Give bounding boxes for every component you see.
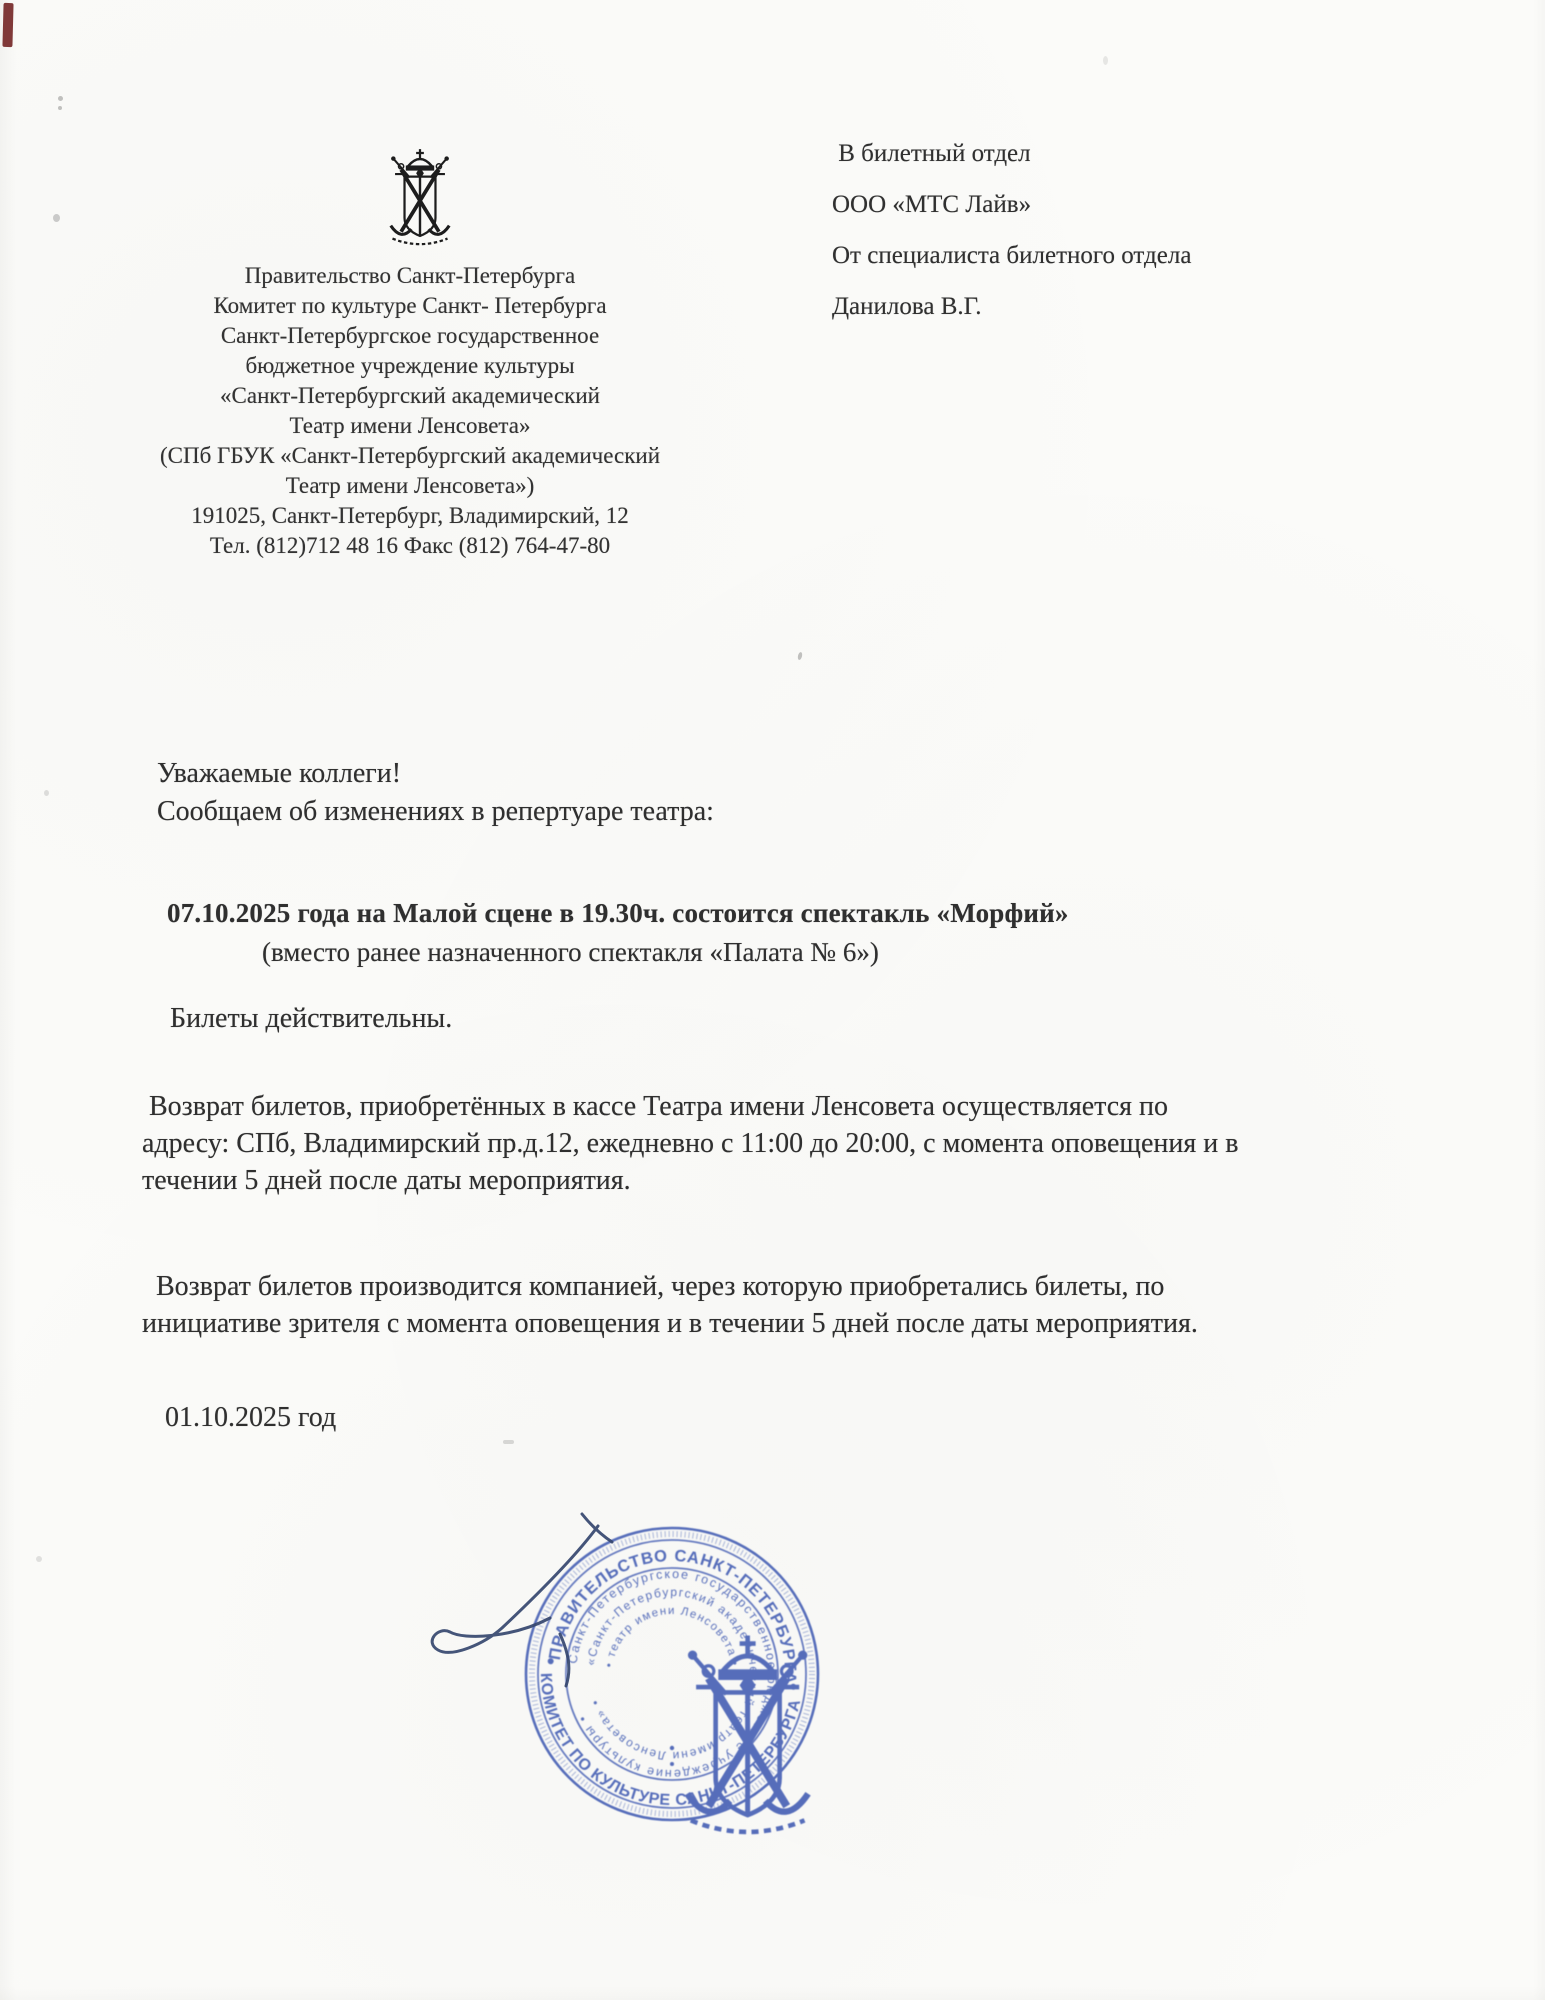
refund-cashdesk-paragraph: Возврат билетов, приобретённых в кассе Т…: [142, 1088, 1502, 1199]
letter-date: 01.10.2025 год: [165, 1402, 336, 1434]
scan-artifact: [58, 106, 62, 110]
scan-artifact: [503, 1440, 514, 1444]
letterhead-line: Тел. (812)712 48 16 Факс (812) 764-47-80: [140, 531, 680, 561]
refund-company-paragraph: Возврат билетов производится компанией, …: [142, 1268, 1502, 1342]
recipient-block: В билетный отдел ООО «МТС Лайв» От специ…: [832, 140, 1191, 344]
scanned-letter-page: Правительство Санкт-Петербурга Комитет п…: [0, 0, 1545, 2000]
scan-artifact: [58, 96, 63, 101]
scan-artifact: [1103, 56, 1108, 65]
letterhead-line: Правительство Санкт-Петербурга: [140, 261, 680, 291]
announcement-line: 07.10.2025 года на Малой сцене в 19.30ч.…: [167, 898, 1069, 929]
scan-artifact: [36, 1556, 42, 1562]
announcement-note: (вместо ранее назначенного спектакля «Па…: [262, 937, 879, 968]
recipient-line: Данилова В.Г.: [832, 293, 1191, 325]
letterhead-line: Театр имени Ленсовета»: [140, 411, 680, 441]
signature: [380, 1490, 640, 1710]
city-emblem-icon: [377, 146, 463, 252]
letterhead-line: бюджетное учреждение культуры: [140, 351, 680, 381]
letterhead-line: Театр имени Ленсовета»): [140, 471, 680, 501]
recipient-line: От специалиста билетного отдела: [832, 242, 1191, 274]
recipient-line: ООО «МТС Лайв»: [832, 191, 1191, 223]
stamp-center-dot: [670, 1762, 674, 1766]
letterhead-line: 191025, Санкт-Петербург, Владимирский, 1…: [140, 501, 680, 531]
letterhead-line: (СПб ГБУК «Санкт-Петербургский академиче…: [140, 441, 680, 471]
tickets-valid-line: Билеты действительны.: [170, 1003, 452, 1035]
letterhead-line: Комитет по культуре Санкт- Петербурга: [140, 291, 680, 321]
corner-scan-mark: [2, 3, 13, 47]
scan-artifact: [797, 652, 803, 661]
letterhead: Правительство Санкт-Петербурга Комитет п…: [140, 261, 680, 561]
stamp-center-dot: [670, 1746, 674, 1750]
letterhead-line: «Санкт-Петербургский академический: [140, 381, 680, 411]
recipient-line: В билетный отдел: [832, 140, 1191, 172]
scan-artifact: [44, 790, 49, 796]
scan-artifact: [53, 214, 60, 222]
greeting: Уважаемые коллеги! Сообщаем об изменения…: [157, 755, 714, 831]
letterhead-line: Санкт-Петербургское государственное: [140, 321, 680, 351]
